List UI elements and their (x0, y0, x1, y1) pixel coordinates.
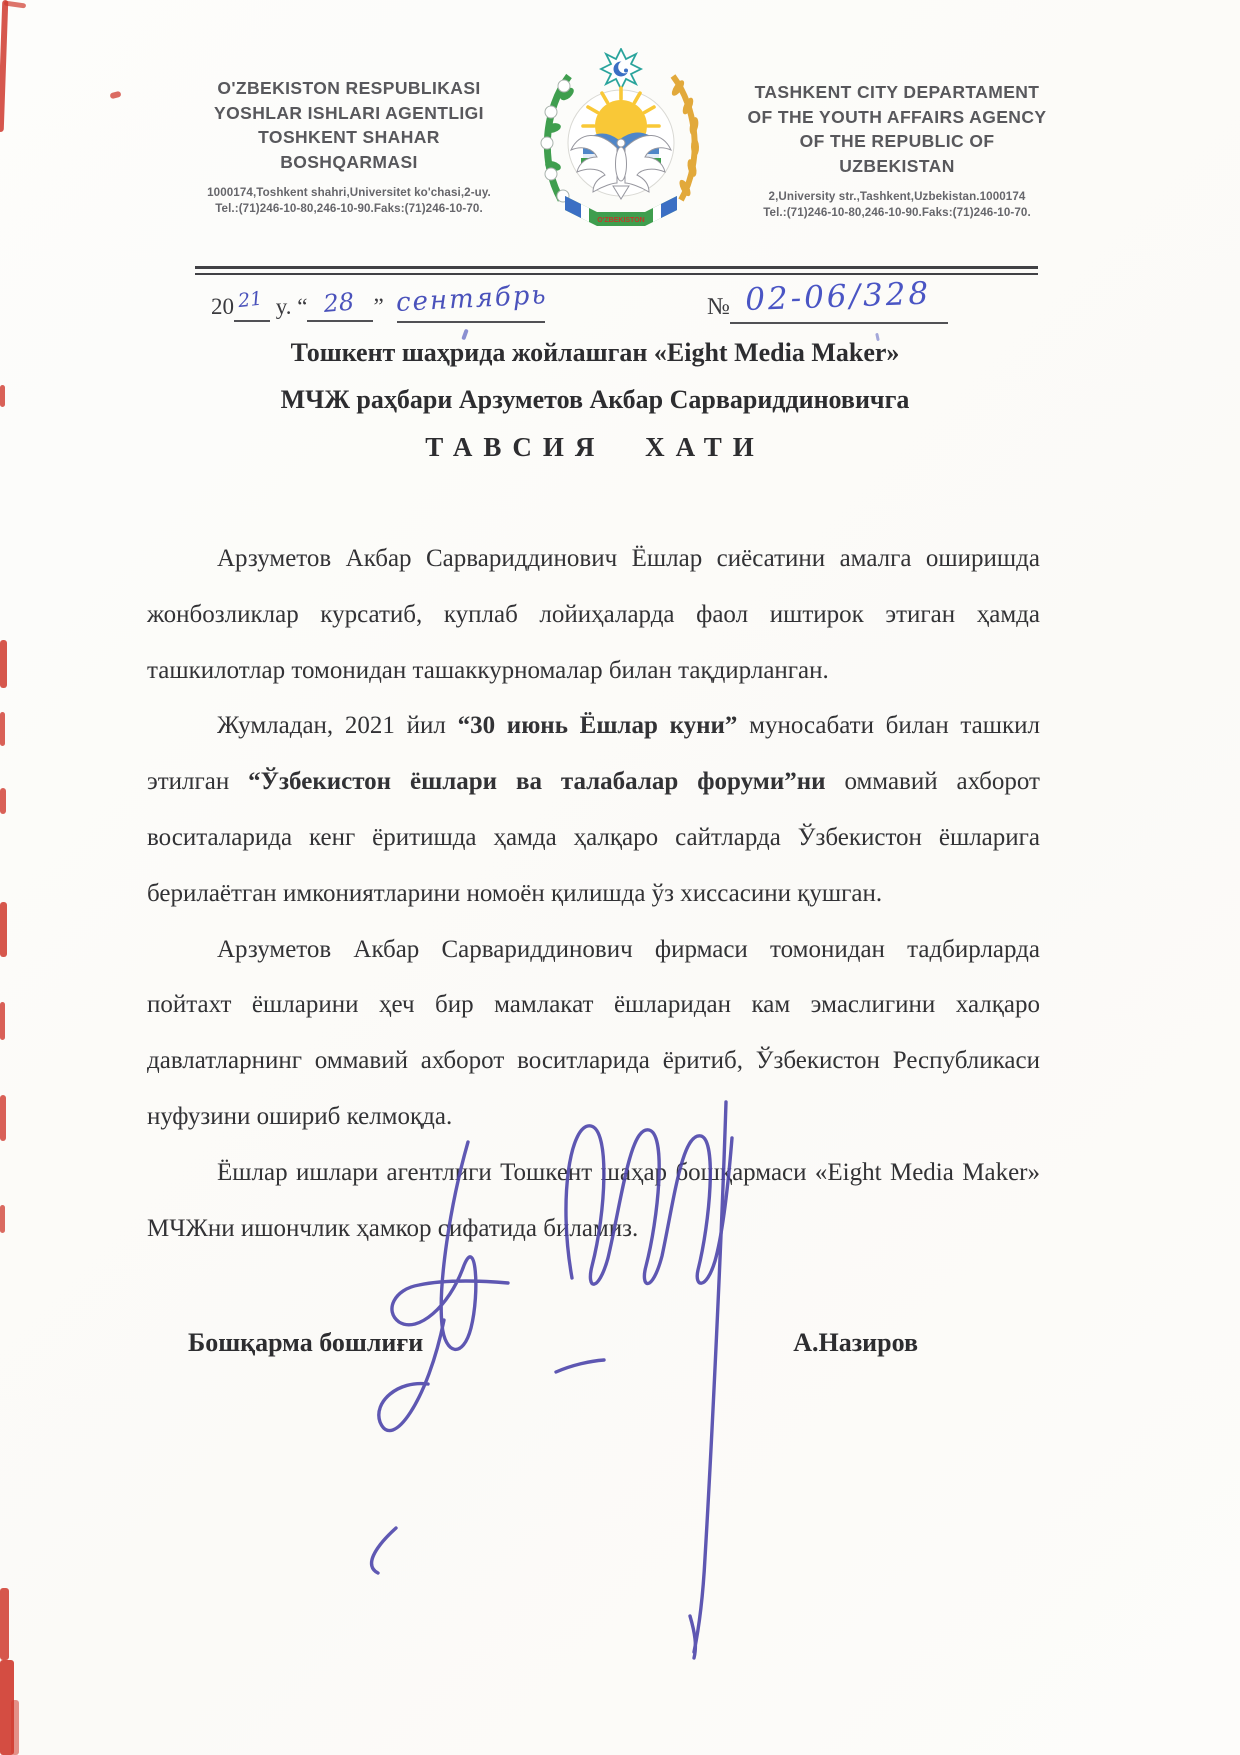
number-blank: 02-06/328 (730, 286, 948, 324)
year-prefix: 20 (211, 294, 234, 319)
org-name-line: BOSHQARMASI (158, 150, 540, 175)
header-divider (195, 266, 1038, 275)
handwritten-number: 02-06/328 (744, 276, 931, 318)
scan-artifact (0, 1588, 9, 1660)
scan-artifact (11, 1700, 19, 1755)
year-blank: 21 (234, 294, 270, 322)
address-line: 1000174,Toshkent shahri,Universitet ko'c… (158, 185, 540, 201)
scan-artifact (0, 1205, 5, 1233)
uzbekistan-state-emblem-icon: O'ZBEKISTON (537, 48, 705, 230)
ribbon-banner: O'ZBEKISTON (565, 196, 677, 226)
address-block: 2,University str.,Tashkent,Uzbekistan.10… (702, 189, 1092, 220)
handwritten-day: 28 (323, 287, 356, 318)
handwritten-month: сентябрь (396, 280, 549, 318)
scan-artifact (0, 0, 8, 132)
address-line: 2,University str.,Tashkent,Uzbekistan.10… (702, 189, 1092, 205)
document-page: O'ZBEKISTON RESPUBLIKASI YOSHLAR ISHLARI… (0, 0, 1240, 1755)
date-and-number-line: 2021 y. “28” сентябрь №02-06/328 (211, 286, 1071, 332)
scan-artifact (0, 902, 7, 957)
text-run-bold: “Ўзбекистон ёшлари ва талабалар форуми”н… (248, 768, 825, 795)
month-blank: сентябрь (397, 291, 545, 323)
title-line-1: Тошкент шаҳрида жойлашган «Eight Media M… (150, 330, 1040, 377)
org-name-line: UZBEKISTAN (702, 154, 1092, 179)
quote-open: “ (297, 294, 307, 319)
scan-artifact (0, 640, 7, 688)
ribbon-text: O'ZBEKISTON (597, 217, 644, 224)
address-line: Tel.:(71)246-10-80,246-10-90.Faks:(71)24… (702, 205, 1092, 221)
letterhead-uzbek: O'ZBEKISTON RESPUBLIKASI YOSHLAR ISHLARI… (158, 76, 540, 216)
address-block: 1000174,Toshkent shahri,Universitet ko'c… (158, 185, 540, 216)
scan-artifact (0, 385, 5, 407)
scan-artifact (0, 712, 5, 746)
body-paragraph-1: Арзуметов Акбар Сарвариддинович Ёшлар си… (147, 531, 1040, 698)
org-name-line: TOSHKENT SHAHAR (158, 125, 540, 150)
scan-artifact (0, 788, 6, 814)
letter-body: Арзуметов Акбар Сарвариддинович Ёшлар си… (147, 531, 1040, 1256)
crescent-star-icon (601, 49, 641, 89)
title-line-3: ТАВСИЯ ХАТИ (150, 424, 1040, 471)
signer-name: А.Назиров (793, 1328, 918, 1358)
org-name-line: OF THE REPUBLIC OF (702, 129, 1092, 154)
day-blank: 28 (307, 292, 373, 322)
handwritten-year: 21 (237, 288, 263, 312)
scan-artifact (0, 1095, 6, 1141)
humo-bird-icon (571, 135, 671, 199)
scan-artifact (109, 91, 121, 100)
scan-artifact (0, 1002, 5, 1040)
org-name-line: TASHKENT CITY DEPARTAMENT (702, 80, 1092, 105)
number-label: № (707, 294, 730, 320)
org-name-line: OF THE YOUTH AFFAIRS AGENCY (702, 105, 1092, 130)
address-line: Tel.:(71)246-10-80,246-10-90.Faks:(71)24… (158, 201, 540, 217)
org-name-line: O'ZBEKISTON RESPUBLIKASI (158, 76, 540, 101)
body-paragraph-2: Жумладан, 2021 йил “30 июнь Ёшлар куни” … (147, 698, 1040, 921)
letterhead-english: TASHKENT CITY DEPARTAMENT OF THE YOUTH A… (702, 80, 1092, 220)
signature-row: Бошқарма бошлиғи А.Назиров (150, 1328, 1040, 1358)
signer-position: Бошқарма бошлиғи (188, 1328, 423, 1358)
body-paragraph-4: Ёшлар ишлари агентлиги Тошкент шаҳар бош… (147, 1145, 1040, 1257)
org-name-line: YOSHLAR ISHLARI AGENTLIGI (158, 101, 540, 126)
title-line-2: МЧЖ раҳбари Арзуметов Акбар Сарвариддино… (150, 377, 1040, 424)
quote-close: ” (373, 294, 383, 319)
letter-title: Тошкент шаҳрида жойлашган «Eight Media M… (150, 330, 1040, 471)
text-run-bold: “30 июнь Ёшлар куни” (458, 712, 738, 739)
y-label: y. (276, 294, 292, 319)
text-run: Жумладан, 2021 йил (217, 712, 458, 739)
body-paragraph-3: Арзуметов Акбар Сарвариддинович фирмаси … (147, 922, 1040, 1145)
